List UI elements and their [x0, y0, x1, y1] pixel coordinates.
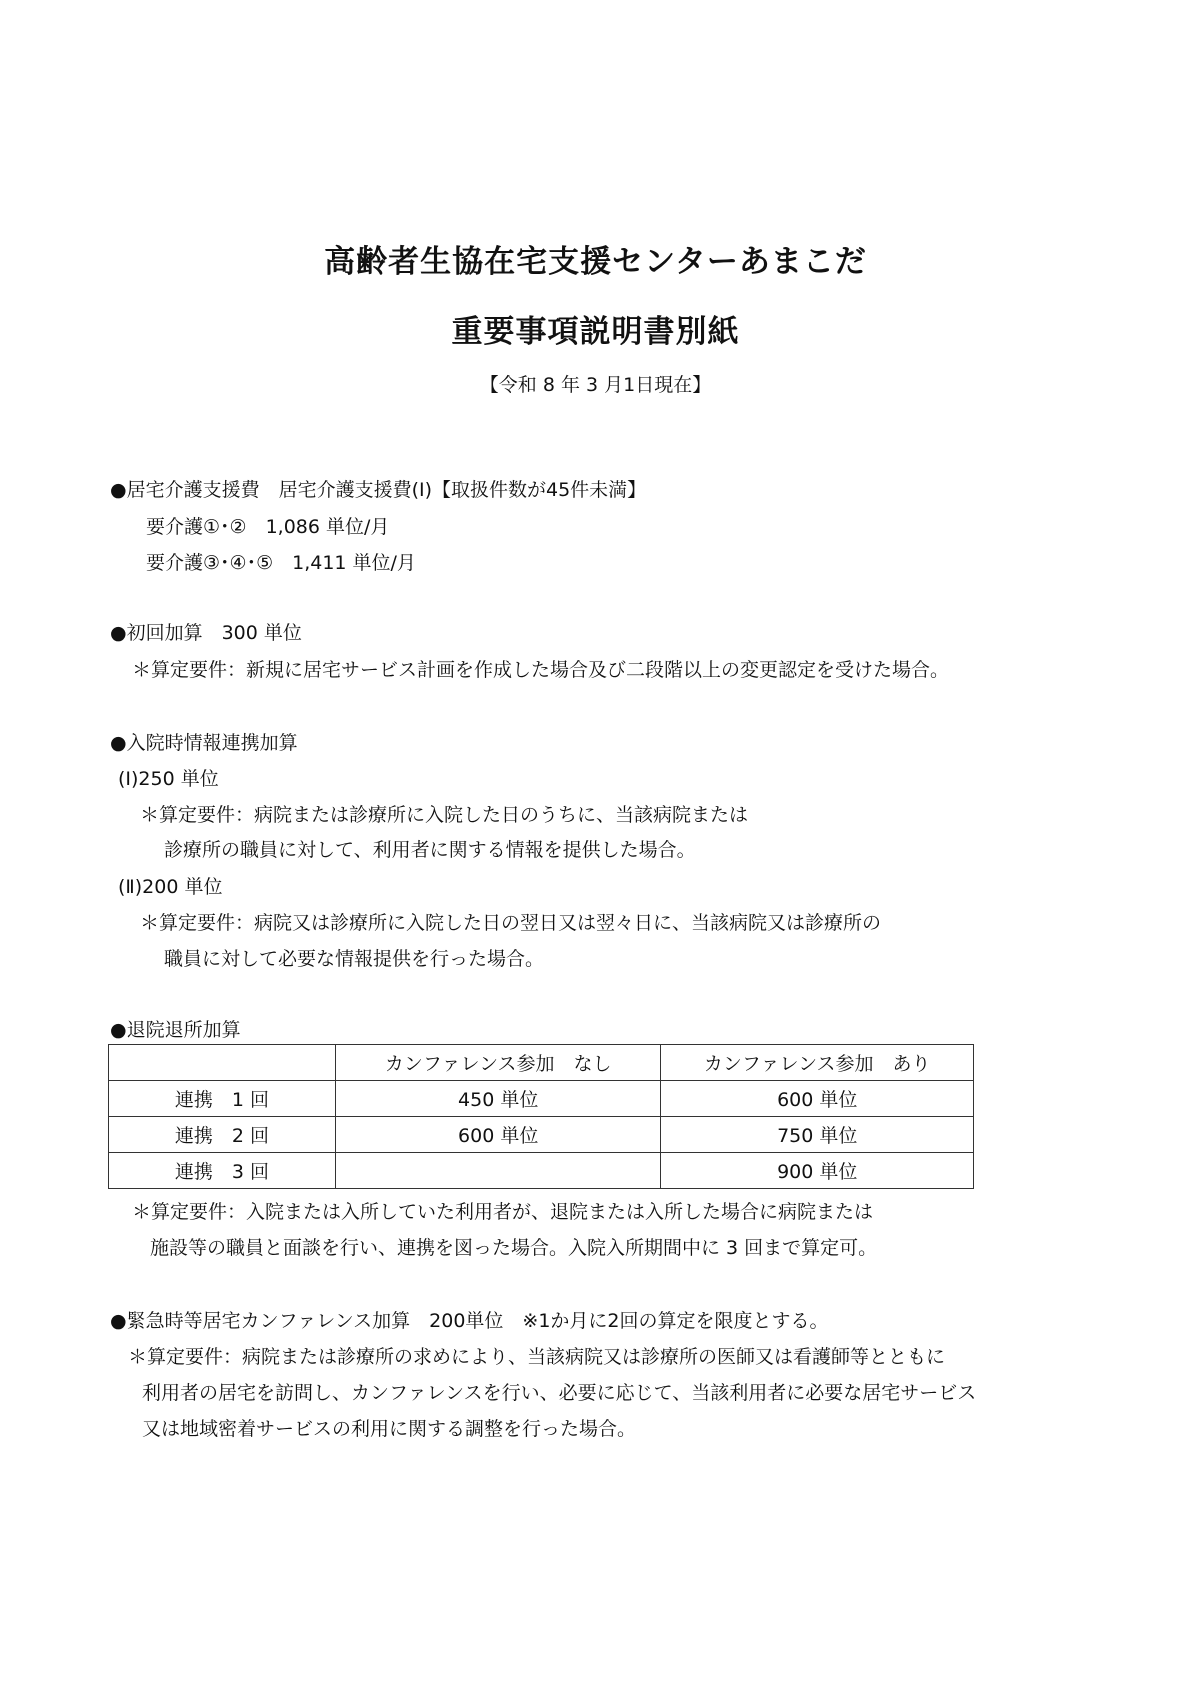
- nyuin-type-2-requirement-line2: 職員に対して必要な情報提供を行った場合。: [164, 947, 544, 971]
- kinkyu-requirement-line2: 利用者の居宅を訪問し、カンファレンスを行い、必要に応じて、当該利用者に必要な居宅…: [142, 1381, 976, 1405]
- table-header-row: カンファレンス参加 なし カンファレンス参加 あり: [109, 1045, 974, 1081]
- nyuin-type-1-label: (Ⅰ)250 単位: [118, 767, 219, 791]
- shokai-requirement: ＊算定要件：新規に居宅サービス計画を作成した場合及び二段階以上の変更認定を受けた…: [132, 658, 949, 682]
- section-heading-kyotaku: ●居宅介護支援費 居宅介護支援費(Ⅰ)【取扱件数が45件未満】: [110, 478, 646, 502]
- taiin-requirement-line2: 施設等の職員と面談を行い、連携を図った場合。入院入所期間中に 3 回まで算定可。: [150, 1236, 877, 1260]
- table-header-cell: カンファレンス参加 なし: [335, 1045, 660, 1081]
- nyuin-type-1-requirement-line1: ＊算定要件：病院または診療所に入院した日のうちに、当該病院または: [140, 803, 748, 827]
- table-cell: 600 単位: [661, 1081, 974, 1117]
- table-cell: 600 単位: [335, 1117, 660, 1153]
- nyuin-type-1-requirement-line2: 診療所の職員に対して、利用者に関する情報を提供した場合。: [164, 838, 696, 862]
- table-row: 連携 2 回 600 単位 750 単位: [109, 1117, 974, 1153]
- section-heading-shokai: ●初回加算 300 単位: [110, 621, 302, 645]
- section-heading-nyuin: ●入院時情報連携加算: [110, 731, 298, 755]
- care-level-3-5-rate: 要介護③･④･⑤ 1,411 単位/月: [146, 551, 416, 575]
- table-cell: 450 単位: [335, 1081, 660, 1117]
- taiin-requirement-line1: ＊算定要件：入院または入所していた利用者が、退院または入所した場合に病院または: [132, 1200, 873, 1224]
- kinkyu-requirement-line1: ＊算定要件：病院または診療所の求めにより、当該病院又は診療所の医師又は看護師等と…: [128, 1345, 945, 1369]
- table-cell: [335, 1153, 660, 1189]
- table-cell: 連携 2 回: [109, 1117, 336, 1153]
- section-heading-kinkyu: ●緊急時等居宅カンファレンス加算 200単位 ※1か月に2回の算定を限度とする。: [110, 1309, 829, 1333]
- as-of-date: 【令和 8 年 3 月1日現在】: [0, 370, 1191, 397]
- discharge-addition-table: カンファレンス参加 なし カンファレンス参加 あり 連携 1 回 450 単位 …: [108, 1044, 974, 1189]
- table-cell: 連携 1 回: [109, 1081, 336, 1117]
- kinkyu-requirement-line3: 又は地域密着サービスの利用に関する調整を行った場合。: [142, 1417, 636, 1441]
- table-row: 連携 1 回 450 単位 600 単位: [109, 1081, 974, 1117]
- nyuin-type-2-label: (Ⅱ)200 単位: [118, 875, 222, 899]
- document-title: 高齢者生協在宅支援センターあまこだ: [0, 236, 1191, 281]
- section-heading-taiin: ●退院退所加算: [110, 1018, 241, 1042]
- table-header-cell: カンファレンス参加 あり: [661, 1045, 974, 1081]
- table-header-cell: [109, 1045, 336, 1081]
- care-level-1-2-rate: 要介護①･② 1,086 単位/月: [146, 515, 389, 539]
- nyuin-type-2-requirement-line1: ＊算定要件：病院又は診療所に入院した日の翌日又は翌々日に、当該病院又は診療所の: [140, 911, 881, 935]
- table-cell: 900 単位: [661, 1153, 974, 1189]
- table-cell: 連携 3 回: [109, 1153, 336, 1189]
- table-row: 連携 3 回 900 単位: [109, 1153, 974, 1189]
- document-subtitle: 重要事項説明書別紙: [0, 306, 1191, 351]
- table-cell: 750 単位: [661, 1117, 974, 1153]
